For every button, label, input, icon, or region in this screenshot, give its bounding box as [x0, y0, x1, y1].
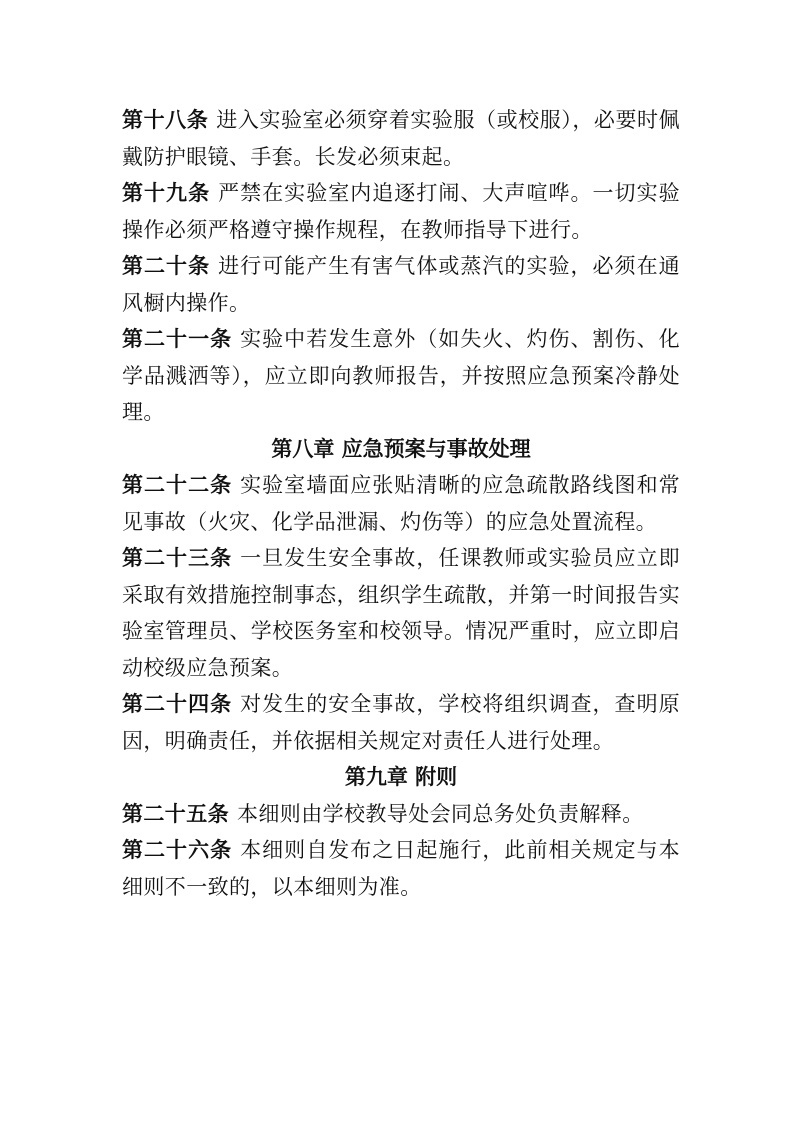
- article-23: 第二十三条一旦发生安全事故，任课教师或实验员应立即采取有效措施控制事态，组织学生…: [122, 540, 680, 686]
- article-20: 第二十条进行可能产生有害气体或蒸汽的实验，必须在通风橱内操作。: [122, 248, 680, 321]
- article-label: 第二十一条: [122, 327, 232, 351]
- article-label: 第二十三条: [122, 546, 232, 570]
- article-21: 第二十一条实验中若发生意外（如失火、灼伤、割伤、化学品溅洒等），应立即向教师报告…: [122, 321, 680, 431]
- article-label: 第二十六条: [122, 838, 232, 862]
- article-24: 第二十四条对发生的安全事故，学校将组织调查，查明原因，明确责任，并依据相关规定对…: [122, 686, 680, 759]
- article-label: 第二十四条: [122, 692, 232, 716]
- article-25: 第二十五条本细则由学校教导处会同总务处负责解释。: [122, 796, 680, 833]
- article-18: 第十八条进入实验室必须穿着实验服（或校服），必要时佩戴防护眼镜、手套。长发必须束…: [122, 102, 680, 175]
- article-label: 第二十五条: [122, 802, 229, 826]
- article-22: 第二十二条实验室墙面应张贴清晰的应急疏散路线图和常见事故（火灾、化学品泄漏、灼伤…: [122, 467, 680, 540]
- document-page: 第十八条进入实验室必须穿着实验服（或校服），必要时佩戴防护眼镜、手套。长发必须束…: [122, 102, 680, 905]
- article-label: 第二十条: [122, 254, 210, 278]
- article-26: 第二十六条本细则自发布之日起施行，此前相关规定与本细则不一致的，以本细则为准。: [122, 832, 680, 905]
- article-text: 本细则由学校教导处会同总务处负责解释。: [237, 802, 644, 826]
- article-label: 第十八条: [122, 108, 208, 132]
- chapter-heading-9: 第九章 附则: [122, 759, 680, 796]
- article-label: 第十九条: [122, 181, 210, 205]
- article-19: 第十九条严禁在实验室内追逐打闹、大声喧哗。一切实验操作必须严格遵守操作规程，在教…: [122, 175, 680, 248]
- article-label: 第二十二条: [122, 473, 232, 497]
- chapter-heading-8: 第八章 应急预案与事故处理: [122, 431, 680, 468]
